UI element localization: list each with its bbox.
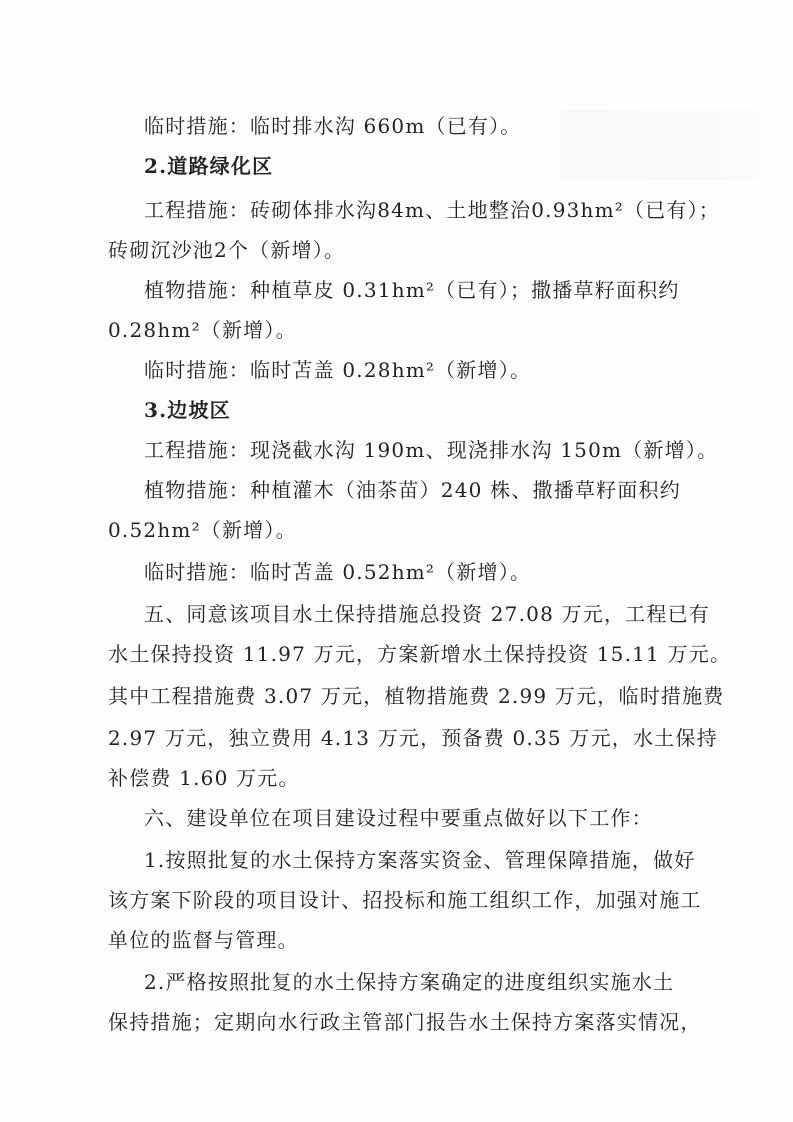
item-2-line-1: 2.严格按照批复的水土保持方案确定的进度组织实施水土 <box>144 968 674 996</box>
slope-engineering-measures: 工程措施：现浇截水沟 190m、现浇排水沟 150m（新增）。 <box>144 436 718 464</box>
road-plant-measures-cont: 0.28hm²（新增）。 <box>108 316 297 344</box>
slope-plant-measures: 植物措施：种植灌木（油茶苗）240 株、撒播草籽面积约 <box>144 476 681 504</box>
investment-paragraph-line-5: 补偿费 1.60 万元。 <box>108 764 300 792</box>
show-through-shading <box>560 110 760 180</box>
investment-paragraph-line-1: 五、同意该项目水土保持措施总投资 27.08 万元，工程已有 <box>144 600 710 628</box>
section-heading-slope: 3.边坡区 <box>144 396 231 424</box>
item-1-line-3: 单位的监督与管理。 <box>108 926 299 954</box>
temp-measure-drainage: 临时措施：临时排水沟 660m（已有）。 <box>144 112 522 140</box>
investment-paragraph-line-2: 水土保持投资 11.97 万元，方案新增水土保持投资 15.11 万元。 <box>108 640 731 668</box>
item-2-line-2: 保持措施；定期向水行政主管部门报告水土保持方案落实情况， <box>108 1008 702 1036</box>
section-heading-road-greening: 2.道路绿化区 <box>144 152 273 180</box>
section-six-intro: 六、建设单位在项目建设过程中要重点做好以下工作： <box>144 804 653 832</box>
slope-temp-measures: 临时措施：临时苫盖 0.52hm²（新增）。 <box>144 558 531 586</box>
investment-paragraph-line-4: 2.97 万元，独立费用 4.13 万元，预备费 0.35 万元，水土保持 <box>108 724 718 752</box>
document-page: 临时措施：临时排水沟 660m（已有）。 2.道路绿化区 工程措施：砖砌体排水沟… <box>0 0 793 1122</box>
investment-paragraph-line-3: 其中工程措施费 3.07 万元，植物措施费 2.99 万元，临时措施费 <box>108 682 725 710</box>
slope-plant-measures-cont: 0.52hm²（新增）。 <box>108 516 297 544</box>
road-temp-measures: 临时措施：临时苫盖 0.28hm²（新增）。 <box>144 356 531 384</box>
item-1-line-2: 该方案下阶段的项目设计、招投标和施工组织工作，加强对施工 <box>108 886 702 914</box>
road-plant-measures: 植物措施：种植草皮 0.31hm²（已有）；撒播草籽面积约 <box>144 276 680 304</box>
item-1-line-1: 1.按照批复的水土保持方案落实资金、管理保障措施，做好 <box>144 846 695 874</box>
road-engineering-measures: 工程措施：砖砌体排水沟84m、土地整治0.93hm²（已有）； <box>144 196 720 224</box>
road-engineering-measures-cont: 砖砌沉沙池2个（新增）。 <box>108 236 345 264</box>
